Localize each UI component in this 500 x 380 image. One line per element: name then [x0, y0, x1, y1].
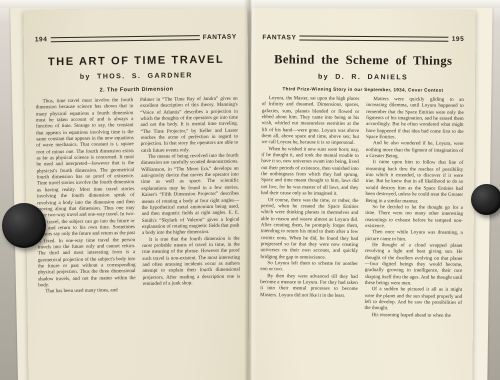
text-column-1: Loyura, the Master, sat upon the high pl…	[260, 96, 359, 319]
paragraph: The means of being revolved into the fou…	[141, 154, 240, 238]
page-stack-top-edge	[0, 0, 500, 8]
paragraph: His reasoning leaped ahead to when the	[364, 313, 462, 320]
running-header-right: FANTASY 195	[262, 34, 464, 43]
paragraph: Of course, there was the time, or rather…	[260, 198, 358, 262]
paragraph: It is true that the fourth dimension is …	[142, 236, 240, 288]
text-column-2: Palmer in “The Time Ray of Jandra” gives…	[140, 97, 240, 295]
article-byline-left: by THOS. S. GARDNER	[24, 71, 248, 81]
page-number: 194	[35, 36, 48, 43]
magazine-page-right: FANTASY 195 Behind the Scheme of Things …	[248, 8, 475, 380]
paragraph: That has been used many times, and	[38, 288, 136, 296]
page-number: 195	[452, 36, 465, 43]
text-column-2: Matters were quickly gliding to an incre…	[364, 97, 463, 320]
double-rule	[299, 35, 448, 41]
paragraph: Loyura, the Master, sat upon the high pl…	[261, 96, 359, 148]
contest-note: Third Prize-Winning Story in our Septemb…	[251, 86, 475, 93]
paragraph: It came upon him to follow that line of …	[365, 160, 463, 205]
fastener-knob-right	[471, 184, 500, 215]
article-title-right: Behind the Scheme of Things	[251, 52, 475, 69]
paragraph: By then they were advanced till they had…	[260, 274, 358, 300]
paragraph: Of a sudden he pictured it all as it mig…	[364, 287, 462, 313]
paragraph: And he also wondered if he, Loyura, were…	[366, 141, 464, 161]
double-rule	[50, 35, 199, 42]
paragraph: Then once while Loyura was dreaming, a p…	[365, 230, 463, 244]
text-columns-right: Loyura, the Master, sat upon the high pl…	[260, 96, 464, 320]
paragraph: Palmer in “The Time Ray of Jandra” gives…	[140, 97, 238, 155]
section-heading: 2. The Fourth Dimension	[24, 85, 248, 94]
article-title-left: THE ART OF TIME TRAVEL	[24, 53, 248, 68]
paragraph: When he wished it new suns were born; na…	[261, 147, 359, 199]
paragraph: Matters were quickly gliding to an incre…	[366, 97, 464, 142]
running-title: FANTASY	[262, 34, 296, 41]
paragraph: Thus, time travel must involve the fourt…	[36, 98, 136, 290]
text-column-1: Thus, time travel must involve the fourt…	[36, 98, 136, 296]
article-byline-right: by D. R. DANIELS	[251, 73, 475, 82]
running-title: FANTASY	[203, 34, 237, 41]
magazine-page-left: 194 FANTASY THE ART OF TIME TRAVEL by TH…	[23, 7, 252, 380]
fastener-knob-left	[2, 203, 46, 248]
running-header-left: 194 FANTASY	[35, 34, 237, 44]
paragraph: He thought of a cloud wrapped planet rev…	[365, 243, 463, 288]
paragraph: So Loyura left them to scheme for anothe…	[260, 261, 358, 275]
paragraph: So he decided to let the thought go for …	[365, 205, 463, 231]
text-columns-left: Thus, time travel must involve the fourt…	[36, 97, 241, 296]
